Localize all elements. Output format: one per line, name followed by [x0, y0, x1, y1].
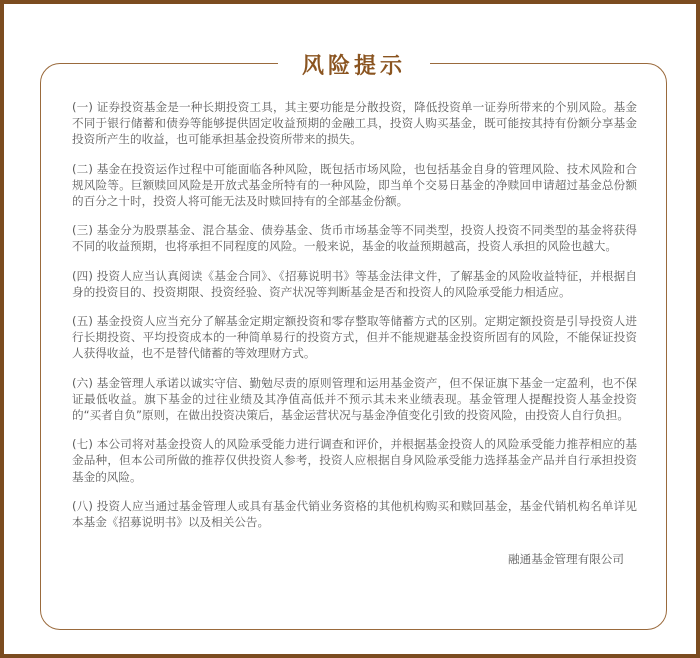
notice-paragraph-3: (三) 基金分为股票基金、混合基金、债券基金、货币市场基金等不同类型，投资人投资…: [72, 222, 637, 254]
title-container: 风险提示: [278, 44, 430, 84]
notice-paragraph-7: (七) 本公司将对基金投资人的风险承受能力进行调查和评价，并根据基金投资人的风险…: [72, 436, 637, 485]
notice-paragraph-1: (一) 证券投资基金是一种长期投资工具，其主要功能是分散投资，降低投资单一证券所…: [72, 99, 637, 148]
notice-content: (一) 证券投资基金是一种长期投资工具，其主要功能是分散投资，降低投资单一证券所…: [72, 99, 637, 543]
page-title: 风险提示: [302, 49, 406, 80]
page-frame: 风险提示 (一) 证券投资基金是一种长期投资工具，其主要功能是分散投资，降低投资…: [0, 0, 700, 658]
company-signature: 融通基金管理有限公司: [508, 551, 624, 567]
notice-paragraph-8: (八) 投资人应当通过基金管理人或具有基金代销业务资格的其他机构购买和赎回基金，…: [72, 498, 637, 530]
notice-paragraph-4: (四) 投资人应当认真阅读《基金合同》、《招募说明书》等基金法律文件，了解基金的…: [72, 268, 637, 300]
notice-paragraph-2: (二) 基金在投资运作过程中可能面临各种风险，既包括市场风险，也包括基金自身的管…: [72, 161, 637, 210]
notice-paragraph-6: (六) 基金管理人承诺以诚实守信、勤勉尽责的原则管理和运用基金资产，但不保证旗下…: [72, 375, 637, 424]
notice-paragraph-5: (五) 基金投资人应当充分了解基金定期定额投资和零存整取等储蓄方式的区别。定期定…: [72, 313, 637, 362]
